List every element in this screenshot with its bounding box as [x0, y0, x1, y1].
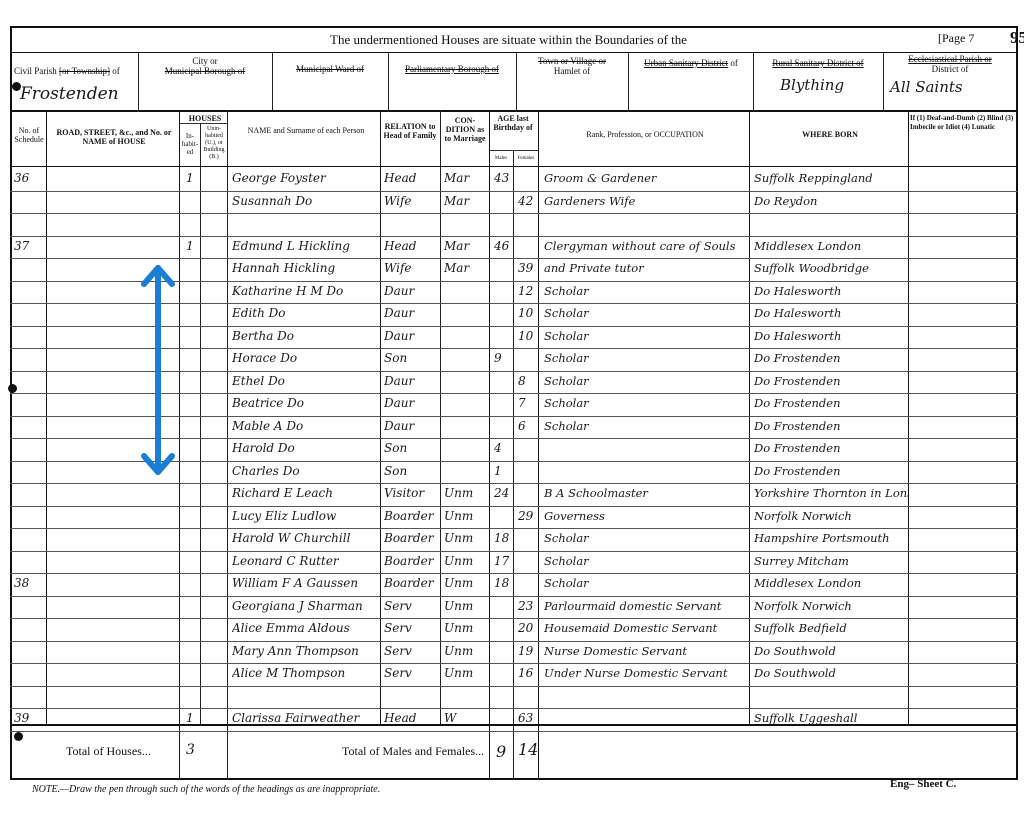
table-row: Richard E LeachVisitorUnm24B A Schoolmas… — [10, 483, 1018, 506]
cell-where-born: Suffolk Bedfield — [754, 621, 908, 635]
cell-female-age: 10 — [518, 329, 538, 343]
total-persons-label: Total of Males and Females... — [342, 744, 484, 759]
total-houses-label: Total of Houses... — [66, 744, 151, 759]
folio-number: 95 — [1010, 28, 1024, 48]
cell-relation: Boarder — [384, 509, 440, 523]
total-males-value: 9 — [496, 742, 506, 761]
col-condition-heading: CON-DITION as to Marriage — [442, 116, 488, 143]
punch-hole-mark — [14, 732, 23, 741]
cell-occupation: Housemaid Domestic Servant — [544, 621, 748, 635]
col-relation-heading: RELATION to Head of Family — [380, 122, 440, 140]
boundary-civil-parish-value: Frostenden — [20, 84, 119, 104]
boundary-rural-sanitary-value: Blything — [780, 76, 844, 94]
cell-name: Alice M Thompson — [232, 666, 380, 680]
boundary-municipal-borough-heading: City or Municipal Borough of — [140, 56, 270, 76]
cell-name: Clarissa Fairweather — [232, 711, 380, 725]
cell-relation: Daur — [384, 419, 440, 433]
cell-where-born: Suffolk Uggeshall — [754, 711, 908, 725]
cell-occupation: Scholar — [544, 531, 748, 545]
cell-name: Edmund L Hickling — [232, 239, 380, 253]
row-divider — [10, 731, 1018, 732]
cell-occupation: Clergyman without care of Souls — [544, 239, 748, 253]
table-row: 391Clarissa FairweatherHeadW63Suffolk Ug… — [10, 708, 1018, 731]
cell-male-age: 18 — [494, 576, 512, 590]
boundary-rural-sanitary-heading: Rural Sanitary District of — [755, 58, 881, 68]
cell-male-age: 18 — [494, 531, 512, 545]
cell-name: Edith Do — [232, 306, 380, 320]
cell-female-age: 63 — [518, 711, 538, 725]
cell-where-born: Do Frostenden — [754, 396, 908, 410]
boundary-civil-parish-heading: Civil Parish [or Township] of — [14, 66, 136, 76]
cell-name: Alice Emma Aldous — [232, 621, 380, 635]
table-row: Georgiana J SharmanServUnm23Parlourmaid … — [10, 596, 1018, 619]
col-uninhabited-heading: Unin-habited (U.), or Building (B.) — [201, 126, 227, 161]
cell-relation: Boarder — [384, 576, 440, 590]
cell-where-born: Do Southwold — [754, 644, 908, 658]
boundary-municipal-ward-heading: Municipal Ward of — [274, 64, 386, 74]
table-row — [10, 686, 1018, 709]
cell-relation: Daur — [384, 329, 440, 343]
col-infirmity-heading: If (1) Deaf-and-Dumb (2) Blind (3) Imbec… — [910, 114, 1016, 132]
cell-male-age: 1 — [494, 464, 512, 478]
cell-occupation: Scholar — [544, 351, 748, 365]
table-row: 371Edmund L HicklingHeadMar46Clergyman w… — [10, 236, 1018, 259]
cell-relation: Wife — [384, 194, 440, 208]
table-row: 361George FoysterHeadMar43Groom & Garden… — [10, 168, 1018, 191]
cell-name: Harold W Churchill — [232, 531, 380, 545]
cell-occupation: Scholar — [544, 576, 748, 590]
boundary-ecclesiastical-heading: Ecclesiastical Parish or District of — [885, 54, 1015, 74]
cell-where-born: Do Halesworth — [754, 306, 908, 320]
cell-name: Harold Do — [232, 441, 380, 455]
table-row: Harold W ChurchillBoarderUnm18ScholarHam… — [10, 528, 1018, 551]
cell-relation: Serv — [384, 666, 440, 680]
cell-female-age: 39 — [518, 261, 538, 275]
cell-relation: Visitor — [384, 486, 440, 500]
boundary-ecclesiastical-value: All Saints — [890, 78, 963, 96]
cell-occupation: Under Nurse Domestic Servant — [544, 666, 748, 680]
col-occupation-heading: Rank, Profession, or OCCUPATION — [542, 130, 748, 139]
cell-female-age: 7 — [518, 396, 538, 410]
cell-female-age: 19 — [518, 644, 538, 658]
col-road-heading: ROAD, STREET, &c., and No. or NAME of HO… — [50, 128, 178, 146]
table-row: 38William F A GaussenBoarderUnm18Scholar… — [10, 573, 1018, 596]
cell-where-born: Yorkshire Thornton in Lonsdale — [754, 486, 908, 500]
cell-female-age: 6 — [518, 419, 538, 433]
cell-name: Mable A Do — [232, 419, 380, 433]
cell-male-age: 43 — [494, 171, 512, 185]
cell-name: William F A Gaussen — [232, 576, 380, 590]
cell-condition: Unm — [444, 509, 488, 523]
table-row: Alice M ThompsonServUnm16Under Nurse Dom… — [10, 663, 1018, 686]
cell-occupation: Scholar — [544, 396, 748, 410]
cell-name: Horace Do — [232, 351, 380, 365]
cell-where-born: Do Frostenden — [754, 374, 908, 388]
cell-relation: Boarder — [384, 554, 440, 568]
cell-condition: Mar — [444, 261, 488, 275]
cell-female-age: 10 — [518, 306, 538, 320]
table-row: Leonard C RutterBoarderUnm17ScholarSurre… — [10, 551, 1018, 574]
cell-female-age: 16 — [518, 666, 538, 680]
cell-schedule: 39 — [14, 711, 44, 725]
col-houses-heading: HOUSES — [182, 114, 228, 123]
cell-relation: Serv — [384, 621, 440, 635]
cell-name: Richard E Leach — [232, 486, 380, 500]
col-females-heading: Females — [515, 154, 537, 163]
cell-where-born: Do Southwold — [754, 666, 908, 680]
cell-name: Leonard C Rutter — [232, 554, 380, 568]
cell-occupation: Scholar — [544, 329, 748, 343]
col-age-heading: AGE last Birthday of — [490, 114, 536, 132]
cell-condition: Unm — [444, 531, 488, 545]
cell-occupation: Scholar — [544, 306, 748, 320]
sheet-code: Eng– Sheet C. — [890, 778, 956, 790]
cell-relation: Head — [384, 711, 440, 725]
cell-where-born: Middlesex London — [754, 239, 908, 253]
cell-where-born: Do Frostenden — [754, 441, 908, 455]
cell-occupation: Scholar — [544, 284, 748, 298]
cell-female-age: 8 — [518, 374, 538, 388]
cell-inhabited: 1 — [186, 239, 198, 253]
cell-occupation: Governess — [544, 509, 748, 523]
cell-condition: Unm — [444, 621, 488, 635]
cell-female-age: 20 — [518, 621, 538, 635]
cell-name: Charles Do — [232, 464, 380, 478]
cell-condition: Unm — [444, 554, 488, 568]
col-inhabited-heading: In-habit-ed — [180, 132, 200, 156]
double-arrow-annotation-icon — [140, 262, 176, 480]
cell-name: Lucy Eliz Ludlow — [232, 509, 380, 523]
cell-occupation: Scholar — [544, 554, 748, 568]
cell-relation: Head — [384, 239, 440, 253]
cell-male-age: 24 — [494, 486, 512, 500]
col-males-heading: Males — [491, 154, 511, 163]
cell-condition: Mar — [444, 171, 488, 185]
cell-occupation: B A Schoolmaster — [544, 486, 748, 500]
cell-where-born: Do Halesworth — [754, 284, 908, 298]
cell-occupation: Scholar — [544, 419, 748, 433]
cell-relation: Daur — [384, 306, 440, 320]
table-row: Susannah DoWifeMar42Gardeners WifeDo Rey… — [10, 191, 1018, 214]
cell-condition: Mar — [444, 194, 488, 208]
cell-relation: Head — [384, 171, 440, 185]
cell-where-born: Norfolk Norwich — [754, 509, 908, 523]
cell-relation: Serv — [384, 599, 440, 613]
cell-schedule: 37 — [14, 239, 44, 253]
table-row: Lucy Eliz LudlowBoarderUnm29GovernessNor… — [10, 506, 1018, 529]
cell-inhabited: 1 — [186, 171, 198, 185]
cell-condition: Mar — [444, 239, 488, 253]
sheet-title: The undermentioned Houses are situate wi… — [330, 32, 687, 48]
table-row — [10, 213, 1018, 236]
total-houses-value: 3 — [186, 742, 195, 758]
cell-female-age: 42 — [518, 194, 538, 208]
punch-hole-mark — [12, 82, 21, 91]
cell-where-born: Do Frostenden — [754, 419, 908, 433]
cell-relation: Serv — [384, 644, 440, 658]
cell-relation: Daur — [384, 284, 440, 298]
cell-name: Hannah Hickling — [232, 261, 380, 275]
cell-name: Katharine H M Do — [232, 284, 380, 298]
cell-where-born: Do Halesworth — [754, 329, 908, 343]
cell-relation: Daur — [384, 396, 440, 410]
cell-name: Ethel Do — [232, 374, 380, 388]
cell-where-born: Hampshire Portsmouth — [754, 531, 908, 545]
cell-female-age: 12 — [518, 284, 538, 298]
cell-where-born: Do Reydon — [754, 194, 908, 208]
cell-relation: Daur — [384, 374, 440, 388]
cell-relation: Wife — [384, 261, 440, 275]
cell-schedule: 38 — [14, 576, 44, 590]
cell-where-born: Suffolk Reppingland — [754, 171, 908, 185]
cell-condition: Unm — [444, 666, 488, 680]
cell-relation: Son — [384, 351, 440, 365]
cell-male-age: 9 — [494, 351, 512, 365]
cell-where-born: Surrey Mitcham — [754, 554, 908, 568]
cell-name: Susannah Do — [232, 194, 380, 208]
page-label: [Page 7 — [938, 31, 974, 46]
cell-name: Georgiana J Sharman — [232, 599, 380, 613]
cell-relation: Son — [384, 464, 440, 478]
cell-condition: Unm — [444, 644, 488, 658]
cell-condition: Unm — [444, 486, 488, 500]
boundary-urban-sanitary-heading: Urban Sanitary District of — [630, 58, 752, 68]
cell-inhabited: 1 — [186, 711, 198, 725]
cell-occupation: Gardeners Wife — [544, 194, 748, 208]
cell-occupation: and Private tutor — [544, 261, 748, 275]
cell-condition: W — [444, 711, 488, 725]
cell-relation: Boarder — [384, 531, 440, 545]
cell-name: Beatrice Do — [232, 396, 380, 410]
cell-occupation: Groom & Gardener — [544, 171, 748, 185]
cell-name: George Foyster — [232, 171, 380, 185]
table-row: Alice Emma AldousServUnm20Housemaid Dome… — [10, 618, 1018, 641]
boundary-town-village-heading: Town or Village or Hamlet of — [518, 56, 626, 76]
cell-male-age: 4 — [494, 441, 512, 455]
cell-where-born: Do Frostenden — [754, 464, 908, 478]
total-females-value: 14 — [518, 740, 538, 759]
cell-schedule: 36 — [14, 171, 44, 185]
cell-name: Bertha Do — [232, 329, 380, 343]
cell-where-born: Norfolk Norwich — [754, 599, 908, 613]
boundary-parliamentary-borough-heading: Parliamentary Borough of — [390, 64, 514, 74]
table-row: Mary Ann ThompsonServUnm19Nurse Domestic… — [10, 641, 1018, 664]
cell-where-born: Do Frostenden — [754, 351, 908, 365]
cell-male-age: 46 — [494, 239, 512, 253]
cell-female-age: 29 — [518, 509, 538, 523]
cell-male-age: 17 — [494, 554, 512, 568]
cell-occupation: Scholar — [544, 374, 748, 388]
col-schedule-heading: No. of Schedule — [12, 126, 46, 144]
punch-hole-mark — [8, 384, 17, 393]
col-name-heading: NAME and Surname of each Person — [232, 126, 380, 135]
footnote: NOTE.—Draw the pen through such of the w… — [32, 784, 380, 795]
cell-female-age: 23 — [518, 599, 538, 613]
cell-relation: Son — [384, 441, 440, 455]
col-where-born-heading: WHERE BORN — [752, 130, 908, 139]
cell-condition: Unm — [444, 599, 488, 613]
cell-condition: Unm — [444, 576, 488, 590]
cell-occupation: Nurse Domestic Servant — [544, 644, 748, 658]
cell-name: Mary Ann Thompson — [232, 644, 380, 658]
cell-occupation: Parlourmaid domestic Servant — [544, 599, 748, 613]
cell-where-born: Suffolk Woodbridge — [754, 261, 908, 275]
cell-where-born: Middlesex London — [754, 576, 908, 590]
